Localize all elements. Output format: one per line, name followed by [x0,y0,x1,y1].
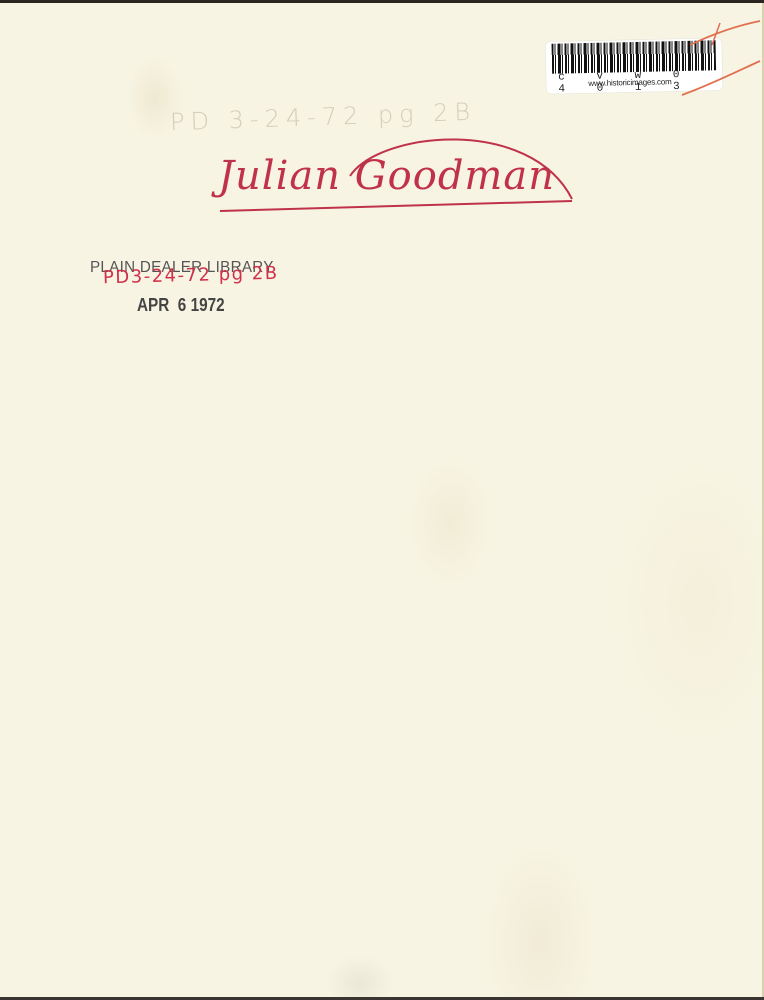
red-pencil-mark-icon [670,15,764,105]
signature-julian-goodman: Julian Goodman [218,153,555,199]
barcode-website: www.historicimages.com [588,77,671,88]
red-reference-note: PD3-24-72 pg 2B [103,263,279,289]
date-stamp: APR 6 1972 [137,295,225,316]
photo-back-paper: PD 3-24-72 pg 2B Julian Goodman PLAIN DE… [0,3,764,997]
